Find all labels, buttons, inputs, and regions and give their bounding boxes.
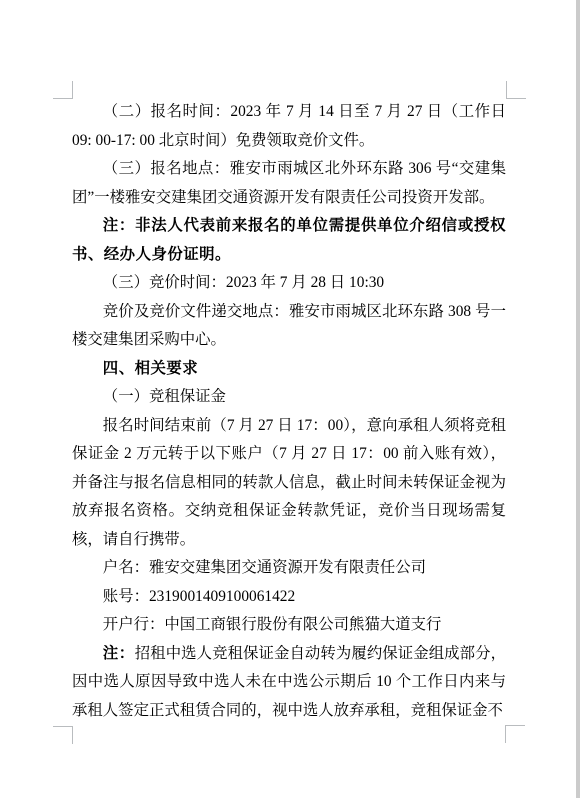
- document-page: （二）报名时间：2023 年 7 月 14 日至 7 月 27 日（工作日 09…: [0, 0, 581, 809]
- paragraph-6: 四、相关要求: [72, 355, 506, 384]
- paragraph-7: （一）竞租保证金: [72, 383, 506, 412]
- paragraph-12: 注：招租中选人竞租保证金自动转为履约保证金组成部分，因中选人原因导致中选人未在中…: [72, 640, 506, 726]
- page-edge-strip: [576, 0, 580, 798]
- paragraph-8: 报名时间结束前（7 月 27 日 17：00），意向承租人须将竞租保证金 2 万…: [72, 412, 506, 555]
- paragraph-9: 户名：雅安交建集团交通资源开发有限责任公司: [72, 554, 506, 583]
- paragraph-5: 竞价及竞价文件递交地点：雅安市雨城区北环东路 308 号一楼交建集团采购中心。: [72, 298, 506, 355]
- paragraph-10: 账号：2319001409100061422: [72, 583, 506, 612]
- paragraph-4: （三）竞价时间：2023 年 7 月 28 日 10:30: [72, 269, 506, 298]
- text-boundary-mark-bottom-left: [53, 726, 73, 744]
- text-boundary-mark-bottom-right: [505, 725, 525, 743]
- text-boundary-mark-top-left: [53, 81, 73, 99]
- paragraph-11: 开户行：中国工商银行股份有限公司熊猫大道支行: [72, 611, 506, 640]
- paragraph-1: （二）报名时间：2023 年 7 月 14 日至 7 月 27 日（工作日 09…: [72, 98, 506, 155]
- document-body: （二）报名时间：2023 年 7 月 14 日至 7 月 27 日（工作日 09…: [72, 98, 506, 725]
- note-label: 注：: [103, 645, 135, 662]
- text-boundary-mark-top-right: [506, 81, 526, 99]
- paragraph-3: 注：非法人代表前来报名的单位需提供单位介绍信或授权书、经办人身份证明。: [72, 212, 506, 269]
- paragraph-2: （三）报名地点：雅安市雨城区北外环东路 306 号“交建集团”一楼雅安交建集团交…: [72, 155, 506, 212]
